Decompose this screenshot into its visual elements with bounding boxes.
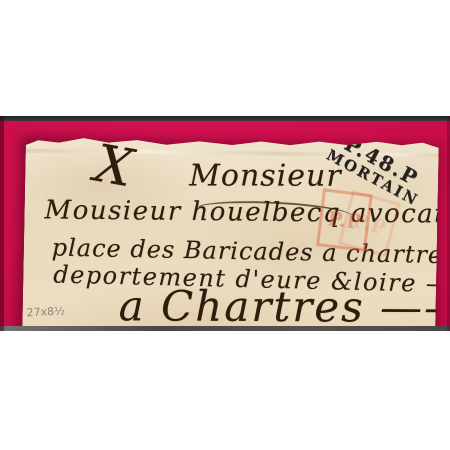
photo-bottom-edge: [0, 326, 450, 331]
listing-page: X Monsieur Mousieur houelbecq avocat —— …: [0, 0, 450, 450]
photo-top-edge: [0, 116, 450, 121]
letter-photo: X Monsieur Mousieur houelbecq avocat —— …: [0, 116, 450, 331]
letter-paper: X Monsieur Mousieur houelbecq avocat —— …: [21, 133, 439, 331]
pencil-size-note: 27x8½: [26, 304, 65, 319]
photo-left-edge: [0, 116, 4, 331]
ink-flourish-mark: X: [91, 138, 137, 196]
city-line: a Chartres ——: [119, 285, 450, 329]
salutation-line: Monsieur: [189, 161, 342, 191]
